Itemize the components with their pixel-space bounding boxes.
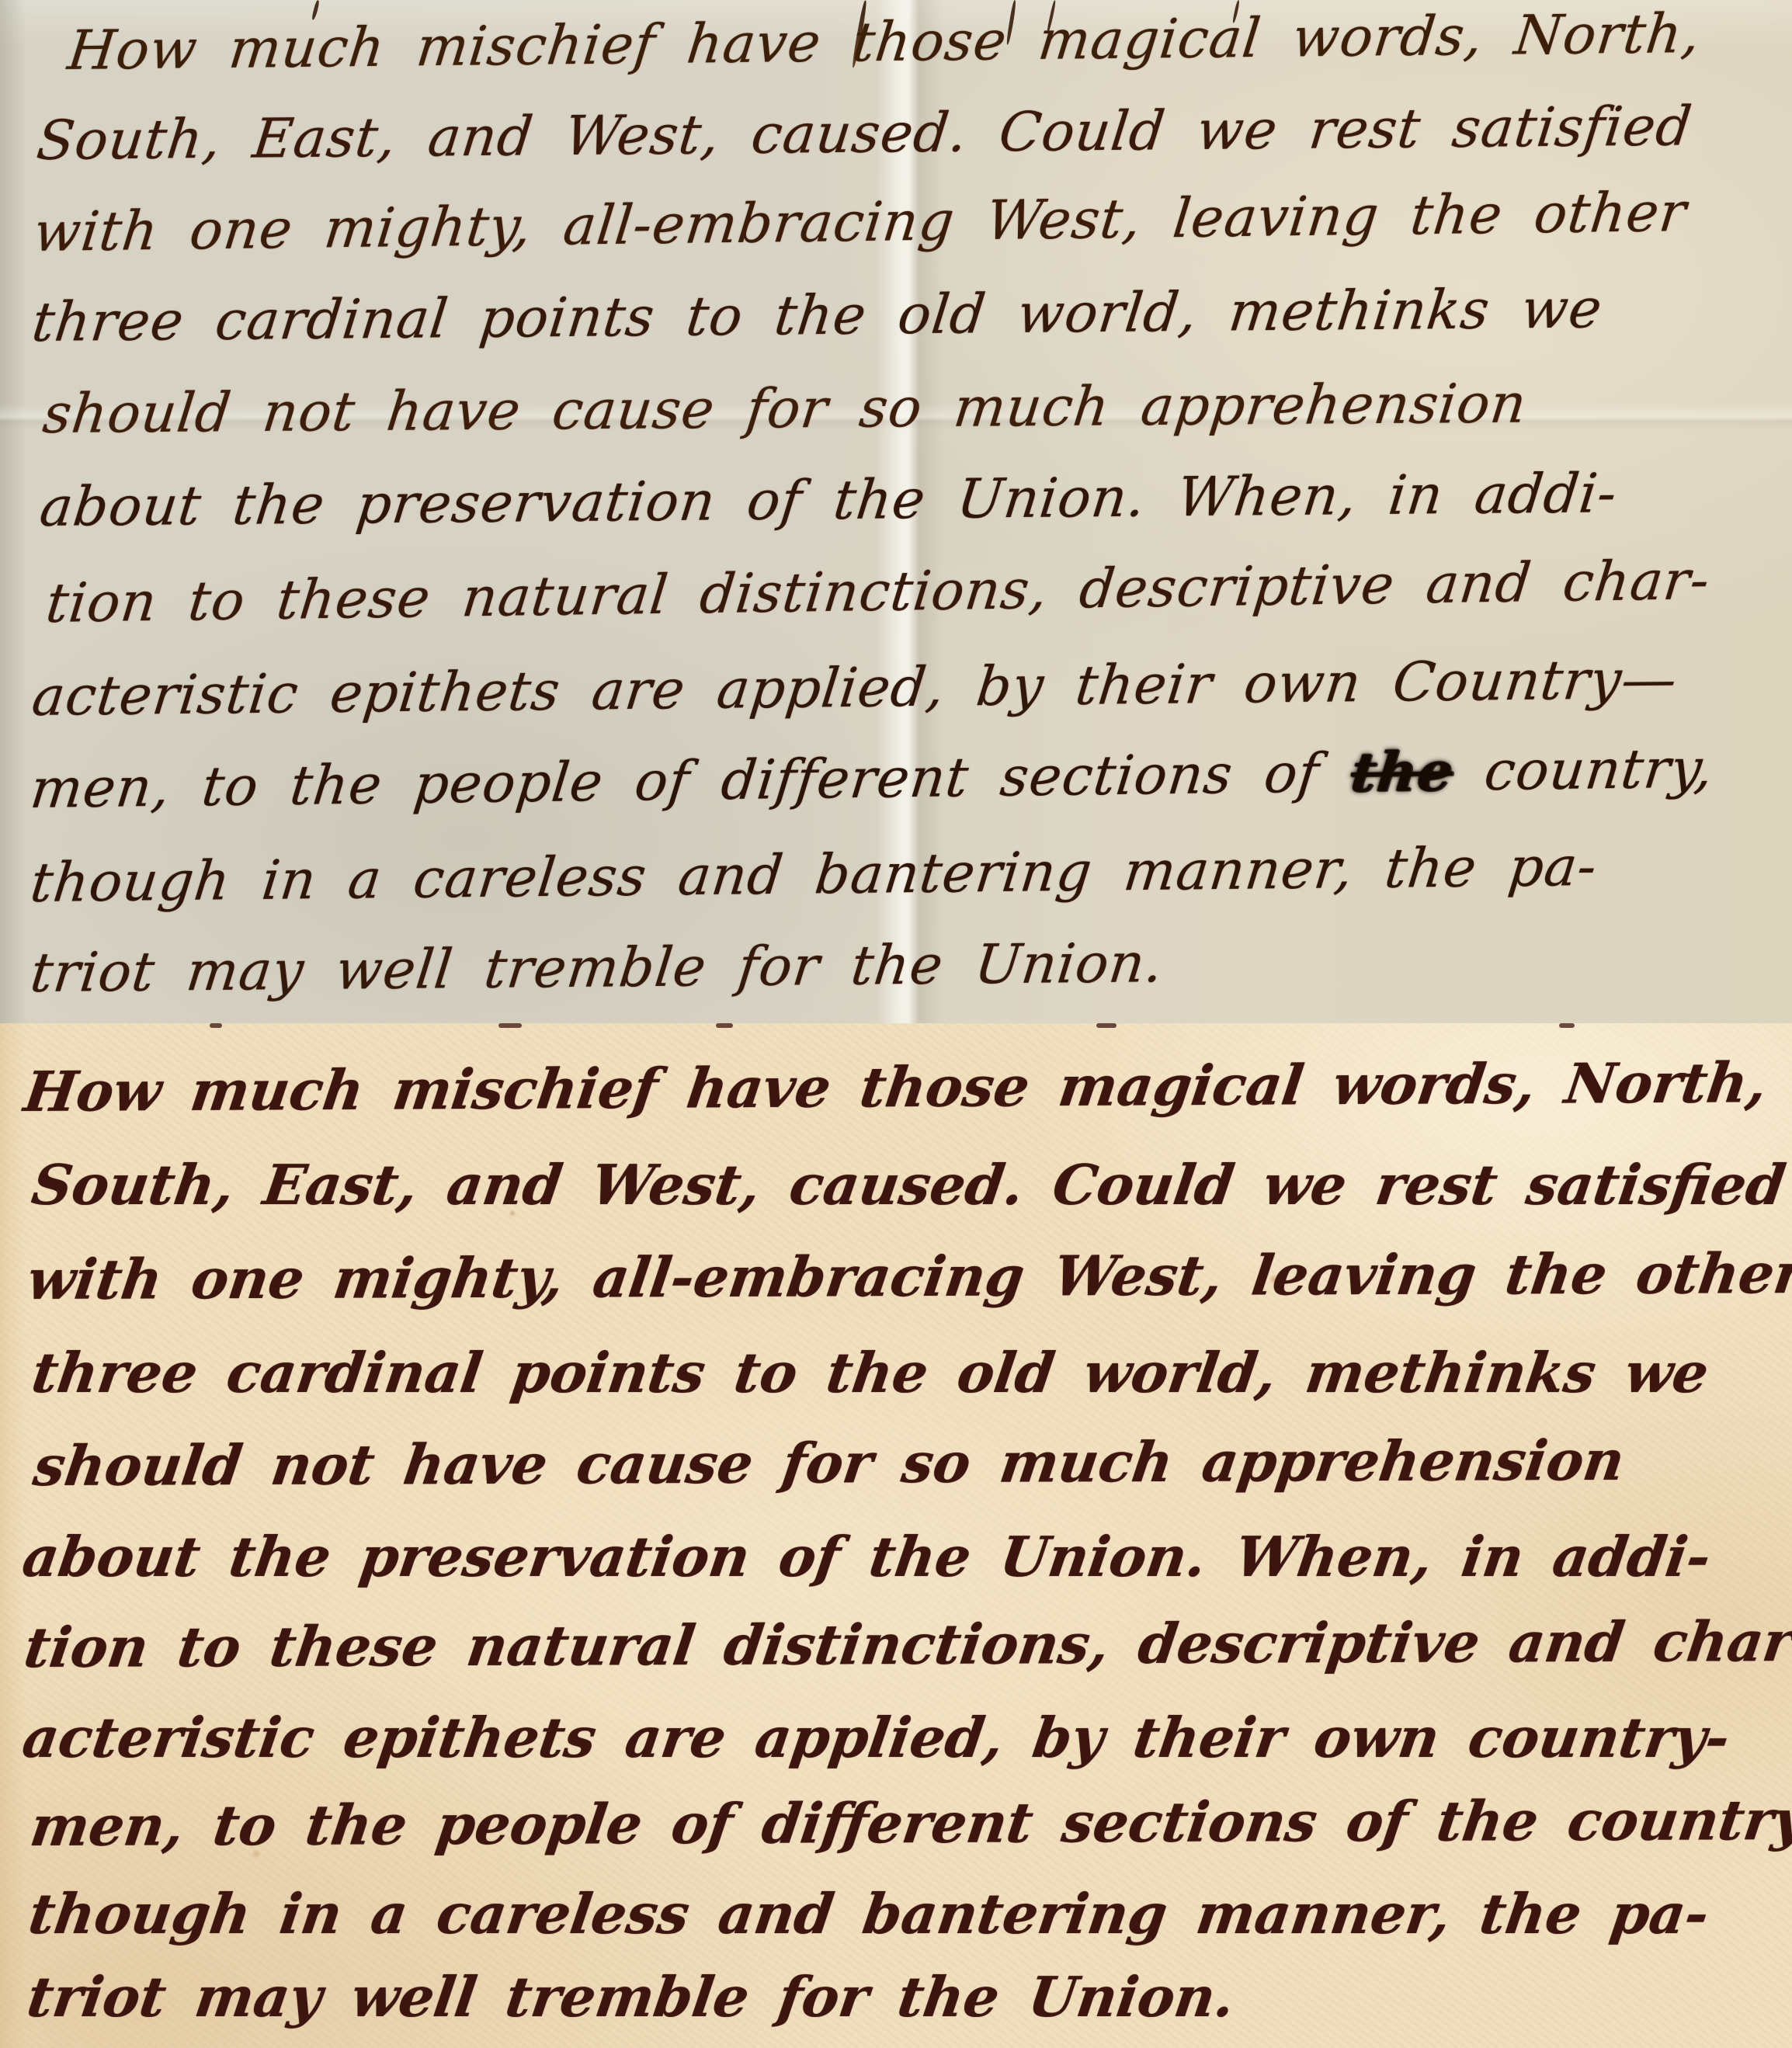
handwritten-line: acteristic epithets are applied, by thei… — [19, 1705, 1734, 1770]
cropped-stroke — [1559, 1023, 1575, 1028]
handwritten-line: men, to the people of different sections… — [27, 736, 1717, 821]
handwritten-line: acteristic epithets are applied, by thei… — [29, 647, 1680, 728]
handwritten-line: tion to these natural distinctions, desc… — [43, 548, 1714, 635]
line-segment: men, to the people of different sections… — [27, 741, 1354, 821]
handwritten-line: triot may well tremble for the Union. — [23, 1964, 1238, 2029]
handwritten-line: with one mighty, all-embracing West, lea… — [23, 1241, 1792, 1312]
handwritten-line: How much mischief have those magical wor… — [20, 1050, 1771, 1124]
cropped-stroke — [498, 1023, 522, 1028]
line-segment: country, — [1450, 737, 1717, 804]
handwritten-line: South, East, and West, caused. Could we … — [33, 94, 1695, 172]
handwritten-line: triot may well tremble for the Union. — [27, 931, 1167, 1005]
handwritten-line: with one mighty, all-embracing West, lea… — [30, 180, 1690, 264]
cropped-stroke — [716, 1023, 733, 1028]
handwritten-line: though in a careless and bantering manne… — [27, 835, 1600, 915]
handwritten-line: How much mischief have those magical wor… — [64, 2, 1703, 82]
manuscript-page: How much mischief have those magical wor… — [0, 0, 1792, 2048]
handwritten-line: though in a careless and bantering manne… — [25, 1881, 1713, 1946]
cropped-stroke — [1096, 1023, 1117, 1028]
cropped-stroke — [210, 1023, 222, 1028]
handwritten-line: South, East, and West, caused. Could we … — [28, 1152, 1790, 1217]
handwritten-line: should not have cause for so much appreh… — [30, 1428, 1628, 1498]
handwritten-line: about the preservation of the Union. Whe… — [19, 1524, 1714, 1589]
handwritten-line: should not have cause for so much appreh… — [40, 372, 1530, 446]
handwritten-line: about the preservation of the Union. Whe… — [36, 461, 1620, 539]
overwritten-word: the — [1348, 739, 1457, 805]
handwritten-line: men, to the people of different sections… — [26, 1787, 1792, 1859]
handwritten-line: three cardinal points to the old world, … — [29, 276, 1606, 354]
handwritten-line: three cardinal points to the old world, … — [28, 1340, 1713, 1405]
handwritten-line: tion to these natural distinctions, desc… — [20, 1609, 1792, 1680]
clean-rendition-scan: How much mischief have those magical wor… — [0, 1023, 1792, 2048]
original-manuscript-scan: How much mischief have those magical wor… — [0, 0, 1792, 1023]
